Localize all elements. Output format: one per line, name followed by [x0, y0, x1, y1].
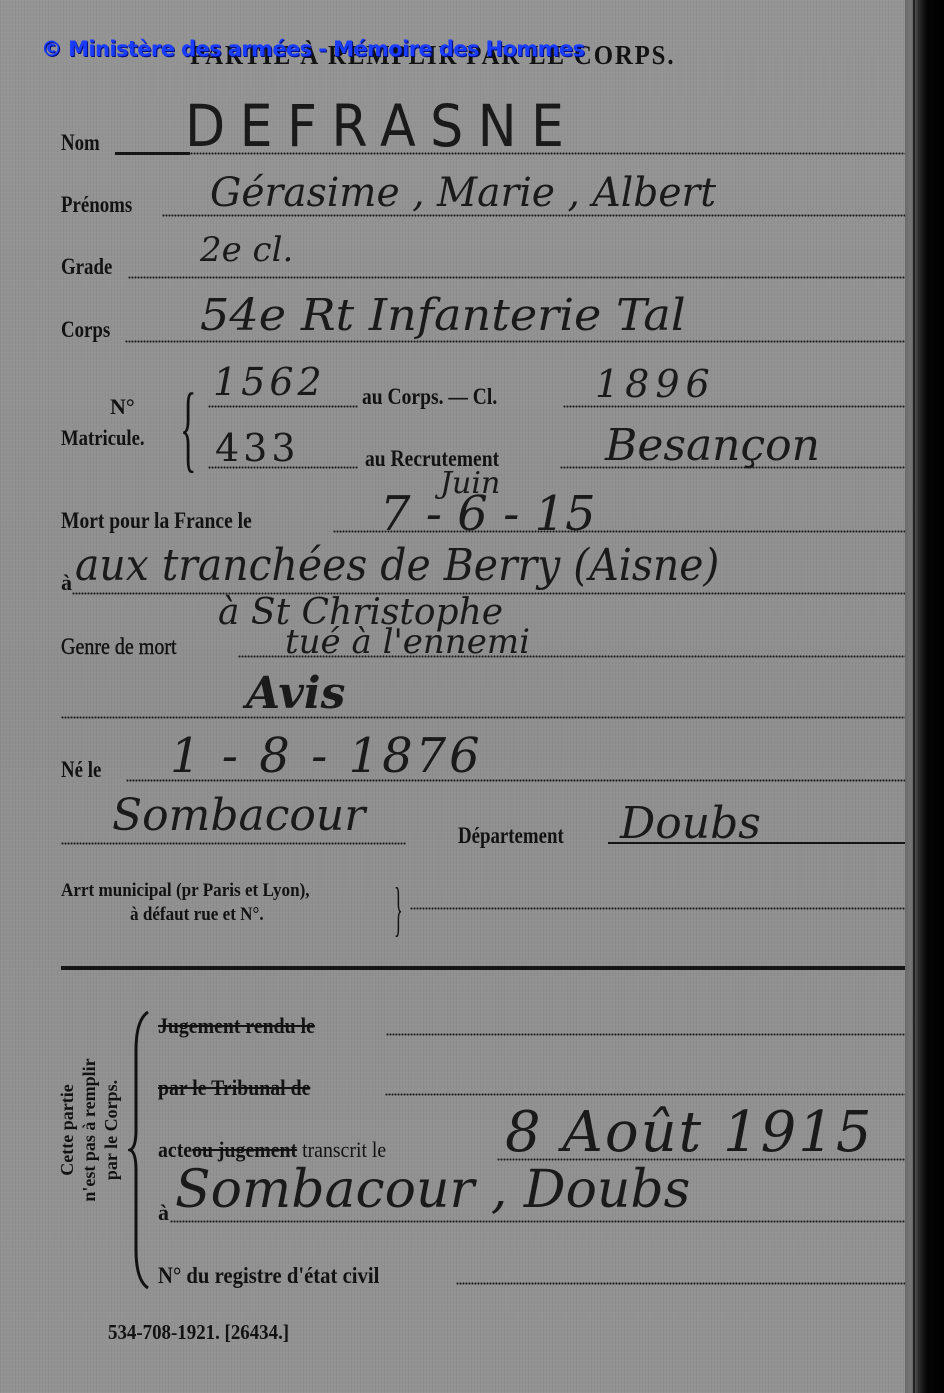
label-registre: N° du registre d'état civil [158, 1263, 379, 1289]
label-corps: Corps [61, 317, 110, 343]
record-card: © Ministère des armées - Mémoire des Hom… [0, 0, 905, 1393]
label-ne-le: Né le [61, 757, 101, 783]
dotted-line [456, 1282, 905, 1285]
dotted-line [208, 405, 358, 408]
value-lieu: aux tranchées de Berry (Aisne) [75, 540, 719, 591]
side-note: Cette partie n'est pas à remplir par le … [56, 1015, 122, 1245]
matricule-brace: { [180, 372, 196, 484]
value-nom: DEFRASNE [185, 92, 578, 160]
struck-ou-jugement: ou jugement [192, 1137, 297, 1162]
dotted-line [386, 1033, 905, 1036]
value-matricule-corps: 1562 [213, 360, 326, 404]
value-genre-mort-line2: Avis [246, 668, 345, 719]
dotted-line [128, 276, 905, 279]
footer-print-code: 534-708-1921. [26434.] [108, 1320, 289, 1345]
value-departement: Doubs [620, 798, 761, 849]
dotted-line [410, 907, 905, 910]
dotted-line [61, 716, 905, 719]
underline [115, 152, 190, 155]
acte-word: acte [158, 1137, 192, 1162]
arrondissement-brace: } [394, 875, 403, 944]
value-classe: 1896 [595, 362, 716, 406]
value-ne-le: 1 - 8 - 1876 [170, 728, 483, 784]
label-nom: Nom [61, 130, 100, 156]
label-departement: Département [458, 823, 564, 849]
label-prenoms: Prénoms [61, 192, 132, 218]
section-separator [61, 966, 905, 970]
scanned-document: © Ministère des armées - Mémoire des Hom… [0, 0, 944, 1393]
side-note-line-2: n'est pas à remplir [78, 1015, 100, 1245]
dotted-line [385, 1093, 905, 1096]
label-genre-mort: Genre de mort [61, 634, 177, 660]
copyright-watermark: © Ministère des armées - Mémoire des Hom… [41, 37, 584, 61]
scan-edge [905, 0, 944, 1393]
label-numero: N° [110, 394, 135, 420]
value-transcrit-date: 8 Août 1915 [505, 1100, 873, 1165]
value-grade: 2e cl. [200, 230, 293, 270]
label-jugement: Jugement rendu le [158, 1013, 315, 1039]
value-mort-date: 7 - 6 - 15 [380, 486, 596, 542]
label-arrondissement-2: à défaut rue et N°. [130, 904, 264, 926]
value-matricule-recrutement: 433 [215, 426, 300, 470]
label-transcrit-a: à [158, 1200, 169, 1226]
value-genre-mort: tué à l'ennemi [285, 622, 530, 662]
label-matricule: Matricule. [61, 425, 145, 451]
label-grade: Grade [61, 254, 112, 280]
value-corps: 54e Rt Infanterie Tal [200, 290, 686, 341]
value-transcrit-lieu: Sombacour , Doubs [175, 1160, 690, 1220]
value-prenoms: Gérasime , Marie , Albert [210, 170, 716, 216]
value-lieu-naissance: Sombacour [112, 790, 365, 841]
label-lieu: à [61, 570, 72, 596]
value-recrutement-lieu: Besançon [605, 420, 820, 471]
label-tribunal: par le Tribunal de [158, 1075, 310, 1101]
label-au-corps: au Corps. — Cl. [362, 384, 497, 410]
page-border-inner [913, 0, 915, 1393]
label-arrondissement-1: Arrt municipal (pr Paris et Lyon), [61, 880, 310, 902]
dotted-line [61, 842, 406, 845]
lower-section-brace [128, 1010, 152, 1290]
side-note-line-1: Cette partie [56, 1015, 78, 1245]
label-mort: Mort pour la France le [61, 508, 252, 534]
transcrit-le-word: transcrit le [302, 1137, 386, 1162]
side-note-line-3: par le Corps. [100, 1015, 122, 1245]
dotted-line [170, 1220, 905, 1223]
